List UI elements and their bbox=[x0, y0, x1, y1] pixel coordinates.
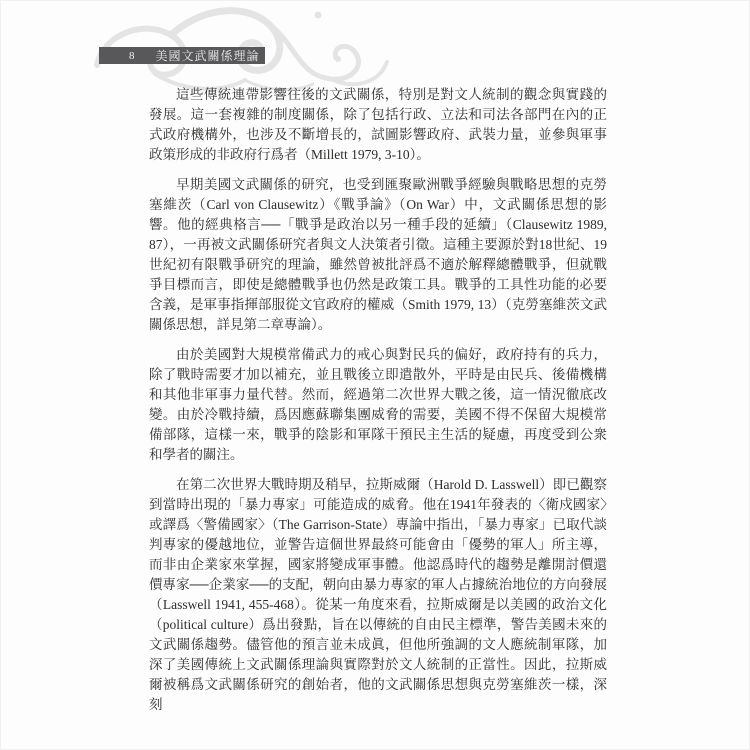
chapter-header-bar: 8 美國文武關係理論 bbox=[99, 47, 265, 64]
page-number: 8 bbox=[129, 50, 136, 62]
body-paragraph: 在第二次世界大戰時期及稍早，拉斯威爾（Harold D. Lasswell）即已… bbox=[149, 475, 607, 715]
running-title: 美國文武關係理論 bbox=[156, 47, 260, 64]
book-page: 8 美國文武關係理論 這些傳統連帶影響往後的文武關係，特別是對文人統制的觀念與實… bbox=[0, 0, 750, 750]
body-paragraph: 由於美國對大規模常備武力的戒心與對民兵的偏好，政府持有的兵力，除了戰時需要才加以… bbox=[149, 345, 607, 465]
body-paragraph: 早期美國文武關係的研究，也受到匯聚歐洲戰爭經驗與戰略思想的克勞塞維茨（Carl … bbox=[149, 175, 607, 335]
body-paragraph: 這些傳統連帶影響往後的文武關係，特別是對文人統制的觀念與實踐的發展。這一套複雜的… bbox=[149, 85, 607, 165]
body-text-column: 這些傳統連帶影響往後的文武關係，特別是對文人統制的觀念與實踐的發展。這一套複雜的… bbox=[149, 85, 607, 725]
